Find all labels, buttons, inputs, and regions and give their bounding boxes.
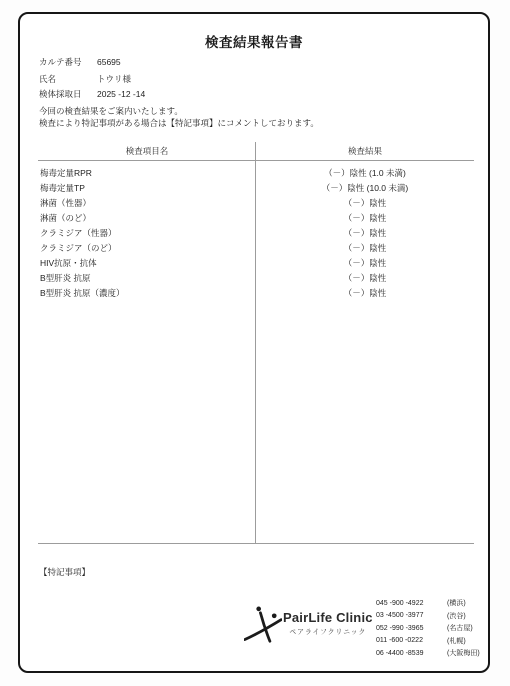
table-row: 淋菌（性器） （－）陰性 bbox=[38, 196, 474, 211]
phone-number: 052 -990 -3965 bbox=[376, 625, 447, 632]
intro-line: 検査により特記事項がある場合は【特記事項】にコメントしております。 bbox=[39, 117, 319, 129]
field-value: トウリ様 bbox=[97, 73, 131, 85]
report-title: 検査結果報告書 bbox=[20, 35, 488, 51]
column-header-result: 検査結果 bbox=[256, 142, 474, 160]
column-header-item: 検査項目名 bbox=[38, 142, 256, 160]
phone-entry: 011 -600 -0222 (札幌) bbox=[376, 635, 480, 648]
field-chart-number: カルテ番号 65695 bbox=[39, 55, 121, 69]
phone-location: (大阪梅田) bbox=[447, 648, 480, 658]
test-item-name: HIV抗原・抗体 bbox=[38, 257, 256, 269]
screenshot-canvas: 検査結果報告書 カルテ番号 65695 氏名 トウリ様 検体採取日 2025 -… bbox=[0, 0, 510, 686]
test-result: （－）陰性 bbox=[256, 272, 474, 284]
clinic-logo: PairLife Clinic ペアライフクリニック bbox=[283, 611, 373, 636]
field-label: 検体採取日 bbox=[39, 88, 97, 100]
test-item-name: クラミジア（のど） bbox=[38, 242, 256, 254]
phone-entry: 03 -4500 -3977 (渋谷) bbox=[376, 610, 480, 623]
phone-number: 06 -4400 -8539 bbox=[376, 650, 447, 657]
test-item-name: クラミジア（性器） bbox=[38, 227, 256, 239]
test-item-name: 淋菌（性器） bbox=[38, 197, 256, 209]
phone-location: (横浜) bbox=[447, 598, 466, 608]
phone-location: (札幌) bbox=[447, 636, 466, 646]
phone-location: (渋谷) bbox=[447, 611, 466, 621]
field-value: 65695 bbox=[97, 57, 121, 67]
phone-location: (名古屋) bbox=[447, 623, 473, 633]
clinic-logo-icon bbox=[244, 605, 282, 643]
table-body: 梅毒定量RPR （－）陰性 (1.0 未満) 梅毒定量TP （－）陰性 (10.… bbox=[38, 161, 474, 300]
phone-number: 03 -4500 -3977 bbox=[376, 612, 447, 619]
test-item-name: 梅毒定量RPR bbox=[38, 167, 256, 179]
results-table: 検査項目名 検査結果 梅毒定量RPR （－）陰性 (1.0 未満) 梅毒定量TP… bbox=[38, 142, 474, 544]
table-row: 淋菌（のど） （－）陰性 bbox=[38, 211, 474, 226]
test-result: （－）陰性 bbox=[256, 242, 474, 254]
test-item-name: B型肝炎 抗原 bbox=[38, 272, 256, 284]
table-row: B型肝炎 抗原 （－）陰性 bbox=[38, 270, 474, 285]
test-result: （－）陰性 bbox=[256, 197, 474, 209]
column-divider bbox=[255, 142, 256, 543]
test-result: （－）陰性 (1.0 未満) bbox=[256, 167, 474, 179]
clinic-name-japanese: ペアライフクリニック bbox=[283, 626, 373, 636]
test-result: （－）陰性 (10.0 未満) bbox=[256, 182, 474, 194]
table-header-row: 検査項目名 検査結果 bbox=[38, 142, 474, 161]
table-row: クラミジア（のど） （－）陰性 bbox=[38, 240, 474, 255]
table-row: 梅毒定量TP （－）陰性 (10.0 未満) bbox=[38, 181, 474, 196]
test-result: （－）陰性 bbox=[256, 257, 474, 269]
clinic-phone-list: 045 -900 -4922 (横浜) 03 -4500 -3977 (渋谷) … bbox=[376, 597, 480, 660]
notes-section-label: 【特記事項】 bbox=[39, 566, 90, 578]
test-item-name: 淋菌（のど） bbox=[38, 212, 256, 224]
test-item-name: B型肝炎 抗原（濃度） bbox=[38, 287, 256, 299]
phone-entry: 052 -990 -3965 (名古屋) bbox=[376, 622, 480, 635]
table-row: クラミジア（性器） （－）陰性 bbox=[38, 226, 474, 241]
field-patient-name: 氏名 トウリ様 bbox=[39, 72, 131, 86]
report-page: 検査結果報告書 カルテ番号 65695 氏名 トウリ様 検体採取日 2025 -… bbox=[18, 12, 490, 673]
test-result: （－）陰性 bbox=[256, 212, 474, 224]
test-item-name: 梅毒定量TP bbox=[38, 182, 256, 194]
field-label: カルテ番号 bbox=[39, 56, 97, 68]
intro-text: 今回の検査結果をご案内いたします。 検査により特記事項がある場合は【特記事項】に… bbox=[39, 105, 319, 129]
table-row: B型肝炎 抗原（濃度） （－）陰性 bbox=[38, 285, 474, 300]
table-row: HIV抗原・抗体 （－）陰性 bbox=[38, 255, 474, 270]
intro-line: 今回の検査結果をご案内いたします。 bbox=[39, 105, 319, 117]
field-collection-date: 検体採取日 2025 -12 -14 bbox=[39, 87, 145, 101]
field-value: 2025 -12 -14 bbox=[97, 89, 145, 99]
phone-entry: 045 -900 -4922 (横浜) bbox=[376, 597, 480, 610]
phone-number: 011 -600 -0222 bbox=[376, 637, 447, 644]
table-row: 梅毒定量RPR （－）陰性 (1.0 未満) bbox=[38, 166, 474, 181]
test-result: （－）陰性 bbox=[256, 227, 474, 239]
phone-entry: 06 -4400 -8539 (大阪梅田) bbox=[376, 647, 480, 660]
test-result: （－）陰性 bbox=[256, 287, 474, 299]
clinic-name: PairLife Clinic bbox=[283, 611, 373, 625]
phone-number: 045 -900 -4922 bbox=[376, 600, 447, 607]
field-label: 氏名 bbox=[39, 73, 97, 85]
